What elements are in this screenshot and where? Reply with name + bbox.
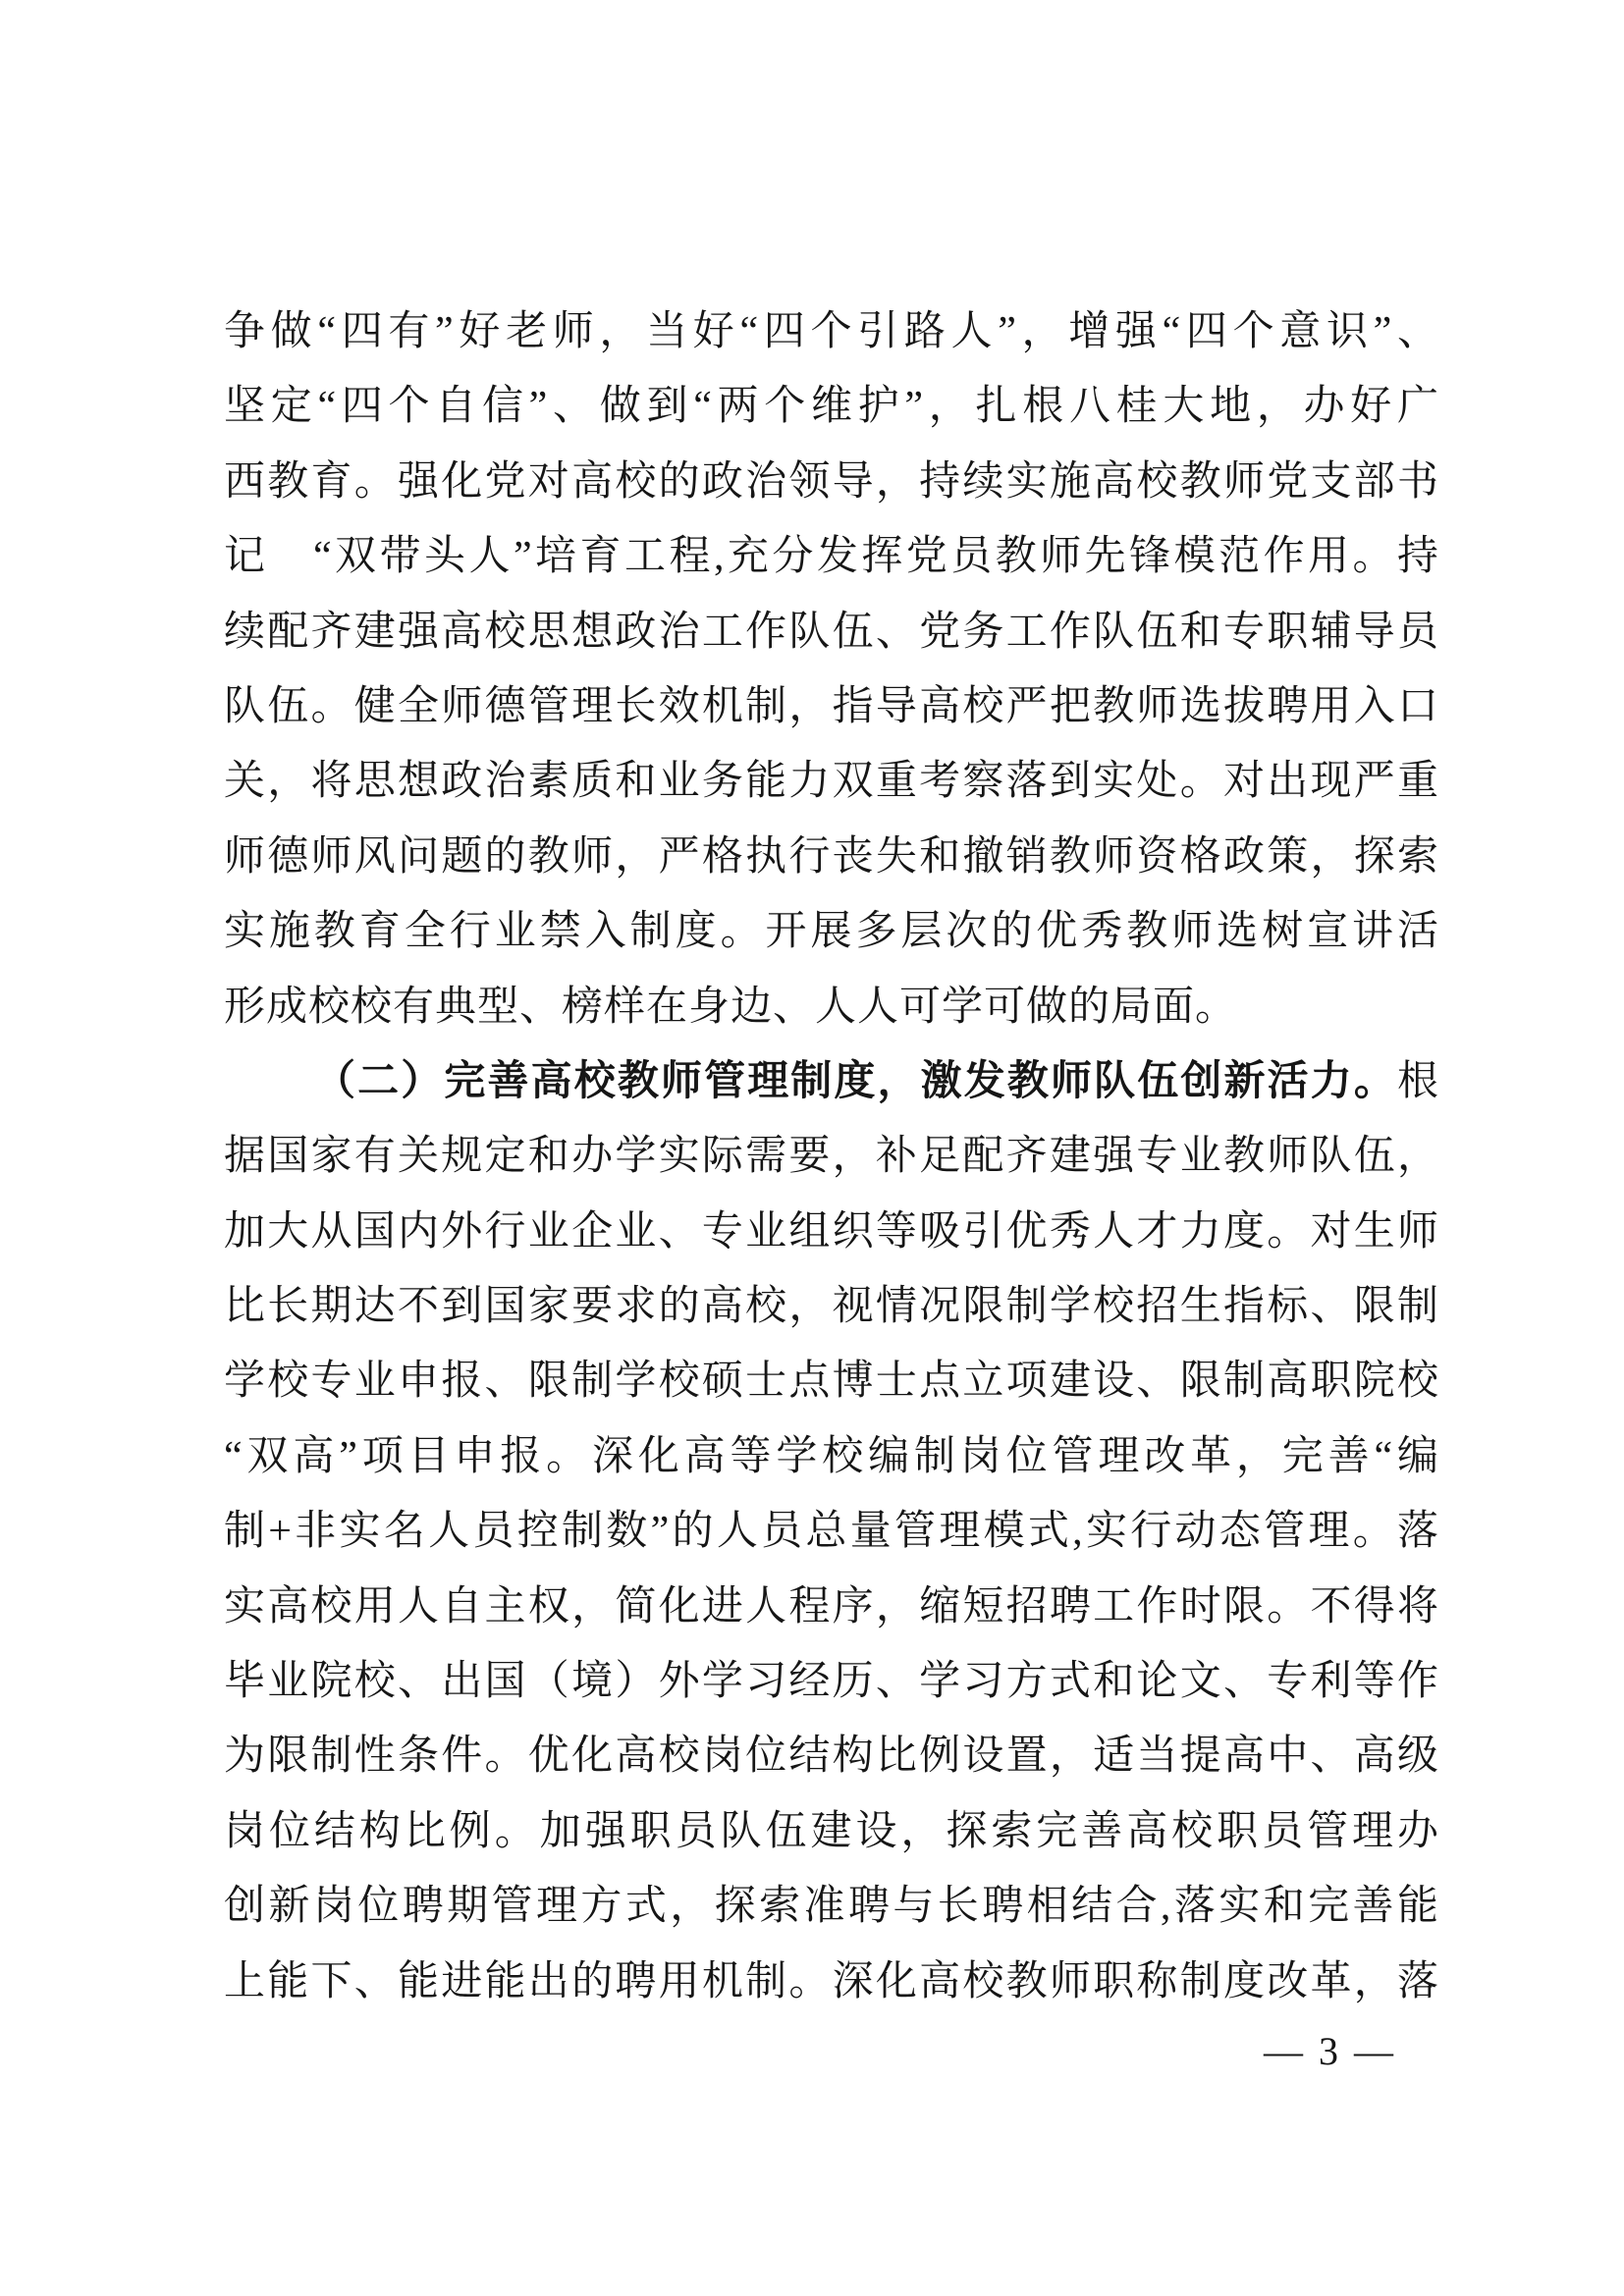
text-line: 续配齐建强高校思想政治工作队伍、党务工作队伍和专职辅导员 [224, 595, 1439, 669]
text-line: 岗位结构比例。加强职员队伍建设，探索完善高校职员管理办法。 [224, 1794, 1439, 1869]
text-line: 毕业院校、出国（境）外学习经历、学习方式和论文、专利等作 [224, 1644, 1439, 1719]
section-heading: （二）完善高校教师管理制度，激发教师队伍创新活力。 [314, 1059, 1397, 1104]
text-line: 据国家有关规定和办学实际需要，补足配齐建强专业教师队伍， [224, 1119, 1439, 1194]
text-line: 比长期达不到国家要求的高校，视情况限制学校招生指标、限制 [224, 1269, 1439, 1344]
text-line: 记 “双带头人”培育工程,充分发挥党员教师先锋模范作用。持 [224, 519, 1439, 594]
text-line: 制+非实名人员控制数”的人员总量管理模式,实行动态管理。落 [224, 1494, 1439, 1569]
text-line: 关，将思想政治素质和业务能力双重考察落到实处。对出现严重 [224, 744, 1439, 819]
text-line: 西教育。强化党对高校的政治领导，持续实施高校教师党支部书 [224, 445, 1439, 519]
text-line: 坚定“四个自信”、做到“两个维护”，扎根八桂大地，办好广 [224, 369, 1439, 444]
text-line: 创新岗位聘期管理方式，探索准聘与长聘相结合,落实和完善能 [224, 1869, 1439, 1944]
text-line: 学校专业申报、限制学校硕士点博士点立项建设、限制高职院校 [224, 1344, 1439, 1418]
text-line: （二）完善高校教师管理制度，激发教师队伍创新活力。根 [224, 1044, 1439, 1119]
document-body: 争做“四有”好老师，当好“四个引路人”，增强“四个意识”、 坚定“四个自信”、做… [224, 294, 1439, 2019]
text-line: 上能下、能进能出的聘用机制。深化高校教师职称制度改革，落 [224, 1945, 1439, 2019]
document-page: 争做“四有”好老师，当好“四个引路人”，增强“四个意识”、 坚定“四个自信”、做… [0, 0, 1624, 2296]
text-line: 争做“四有”好老师，当好“四个引路人”，增强“四个意识”、 [224, 294, 1439, 369]
page-number: — 3 — [1264, 2030, 1396, 2073]
text-line: “双高”项目申报。深化高等学校编制岗位管理改革，完善“编 [224, 1419, 1439, 1494]
text-line: 队伍。健全师德管理长效机制，指导高校严把教师选拔聘用入口 [224, 669, 1439, 744]
text-line: 加大从国内外行业企业、专业组织等吸引优秀人才力度。对生师 [224, 1195, 1439, 1269]
text-line: 为限制性条件。优化高校岗位结构比例设置，适当提高中、高级 [224, 1719, 1439, 1793]
paragraph-end-line: 形成校校有典型、榜样在身边、人人可学可做的局面。 [224, 970, 1439, 1044]
text-line: 实高校用人自主权，简化进人程序，缩短招聘工作时限。不得将 [224, 1570, 1439, 1644]
text-line: 实施教育全行业禁入制度。开展多层次的优秀教师选树宣讲活动， [224, 894, 1439, 969]
section-heading-continuation: 根 [1397, 1059, 1439, 1104]
text-line: 师德师风问题的教师，严格执行丧失和撤销教师资格政策，探索 [224, 820, 1439, 894]
